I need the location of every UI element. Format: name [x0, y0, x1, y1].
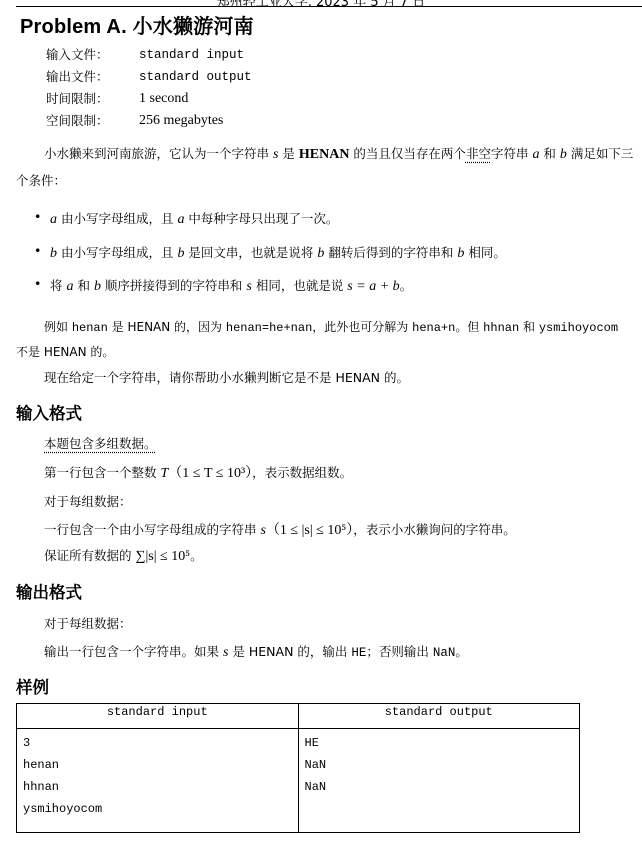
text: 和	[519, 320, 539, 334]
text: 翻转后得到的字符串和	[324, 245, 457, 260]
section-heading-sample: 样例	[16, 674, 49, 698]
meta-label: 输入文件：	[46, 44, 139, 66]
text: 小水獭来到河南旅游，它认为一个字符串	[44, 146, 273, 161]
sample-table-header: standard input standard output	[17, 704, 580, 729]
text: 例如	[44, 320, 72, 334]
problem-title: Problem A. 小水獭游河南	[20, 10, 254, 39]
condition-bullet-1: a 由小写字母组成，且 a 中每种字母只出现了一次。	[34, 209, 338, 228]
text: 相同，也就是说	[252, 278, 347, 293]
meta-value: standard output	[139, 66, 252, 88]
meta-value: 256 megabytes	[139, 110, 223, 132]
column-header-input: standard input	[17, 704, 299, 729]
code: henan	[72, 321, 108, 335]
code: hena+n	[412, 321, 455, 335]
code: ysmihoyocom	[539, 321, 618, 335]
text: 和	[539, 146, 559, 161]
math-constraint: （1 ≤ T ≤ 10³）	[168, 466, 252, 481]
section-heading-output: 输出格式	[16, 579, 82, 603]
text: 不是 HENAN 的。	[0, 340, 114, 364]
statement-paragraph-3: 现在给定一个字符串，请你帮助小水獭判断它是不是 HENAN 的。	[16, 365, 636, 391]
text: ，此外也可分解为	[312, 320, 412, 334]
code: henan=he+nan	[226, 321, 312, 335]
emphasis-non-empty: 非空	[466, 146, 491, 161]
output-line: 输出一行包含一个字符串。如果 s 是 HENAN 的，输出 HE；否则输出 Na…	[44, 642, 468, 661]
sample-input-line: hhnan	[23, 776, 292, 798]
meta-label: 空间限制：	[46, 110, 139, 132]
meta-time-limit: 时间限制： 1 second	[46, 88, 252, 110]
sample-input-cell: 3 henan hhnan ysmihoyocom	[17, 729, 299, 833]
math-constraint: （1 ≤ |s| ≤ 10⁵）	[266, 523, 353, 538]
math-var: a	[50, 212, 57, 227]
meta-memory-limit: 空间限制： 256 megabytes	[46, 110, 252, 132]
input-line-2: 一行包含一个由小写字母组成的字符串 s（1 ≤ |s| ≤ 10⁵），表示小水獭…	[44, 519, 516, 539]
column-header-output: standard output	[298, 704, 580, 729]
meta-value: 1 second	[139, 88, 188, 110]
text: 由小写字母组成，且	[57, 245, 177, 260]
text: 字符串	[491, 146, 532, 161]
text: 将	[50, 278, 66, 293]
math-equation: s = a + b	[347, 279, 399, 294]
meta-label: 时间限制：	[46, 88, 139, 110]
text: 是 HENAN 的，输出	[228, 644, 351, 659]
condition-bullet-3: 将 a 和 b 顺序拼接得到的字符串和 s 相同，也就是说 s = a + b。	[34, 276, 412, 295]
statement-paragraph-1: 小水獭来到河南旅游，它认为一个字符串 s 是 HENAN 的当且仅当存在两个非空…	[16, 141, 636, 194]
section-heading-input: 输入格式	[16, 400, 82, 424]
text: 是回文串，也就是说将	[184, 245, 317, 260]
sample-table-row: 3 henan hhnan ysmihoyocom HE NaN NaN	[17, 729, 580, 833]
text: 输出一行包含一个字符串。如果	[44, 644, 223, 659]
input-per-case-label: 对于每组数据：	[44, 492, 132, 510]
sample-output-line: NaN	[305, 776, 574, 798]
statement-paragraph-2: 例如 henan 是 HENAN 的，因为 henan=he+nan，此外也可分…	[16, 315, 636, 364]
code: NaN	[433, 646, 456, 660]
input-sum-guarantee: 保证所有数据的 ∑|s| ≤ 10⁵。	[44, 546, 203, 565]
text: 保证所有数据的	[44, 548, 135, 563]
text: 。	[190, 548, 203, 563]
henan-keyword: HENAN	[299, 147, 350, 162]
sample-input-line: henan	[23, 754, 292, 776]
meta-label: 输出文件：	[46, 66, 139, 88]
output-per-case-label: 对于每组数据：	[44, 614, 132, 632]
text: 和	[73, 278, 93, 293]
text: 一行包含一个由小写字母组成的字符串	[44, 522, 260, 537]
sample-output-line: HE	[305, 732, 574, 754]
sample-input-line: 3	[23, 732, 292, 754]
sample-input-line: ysmihoyocom	[23, 798, 292, 820]
text: 第一行包含一个整数	[44, 465, 160, 480]
text: 是	[278, 146, 298, 161]
math-var: b	[94, 279, 101, 294]
math-var: b	[50, 246, 57, 261]
problem-meta: 输入文件： standard input 输出文件： standard outp…	[46, 44, 252, 132]
text: ；否则输出	[366, 644, 432, 659]
input-multi-case-note: 本题包含多组数据。	[44, 434, 157, 452]
header-rule	[16, 6, 642, 7]
math-var: b	[560, 147, 567, 162]
code: hhnan	[483, 321, 519, 335]
text: 是 HENAN 的，因为	[108, 320, 226, 334]
text: 。	[455, 644, 468, 659]
text: 。	[400, 278, 413, 293]
text: ，表示小水獭询问的字符串。	[353, 522, 516, 537]
sample-table: standard input standard output 3 henan h…	[16, 703, 580, 833]
text: 的当且仅当存在两个	[349, 146, 465, 161]
meta-output-file: 输出文件： standard output	[46, 66, 252, 88]
meta-input-file: 输入文件： standard input	[46, 44, 252, 66]
text: 相同。	[464, 245, 505, 260]
text: ，表示数据组数。	[252, 465, 352, 480]
condition-bullet-2: b 由小写字母组成，且 b 是回文串，也就是说将 b 翻转后得到的字符串和 b …	[34, 243, 506, 262]
code: HE	[351, 646, 366, 660]
meta-value: standard input	[139, 44, 244, 66]
input-line-1: 第一行包含一个整数 T（1 ≤ T ≤ 10³），表示数据组数。	[44, 462, 352, 482]
text: 中每种字母只出现了一次。	[184, 211, 338, 226]
text: 由小写字母组成，且	[57, 211, 177, 226]
text: 。但	[455, 320, 483, 334]
math-constraint: ∑|s| ≤ 10⁵	[135, 549, 190, 564]
sample-output-cell: HE NaN NaN	[298, 729, 580, 833]
text: 顺序拼接得到的字符串和	[101, 278, 246, 293]
sample-output-line: NaN	[305, 754, 574, 776]
